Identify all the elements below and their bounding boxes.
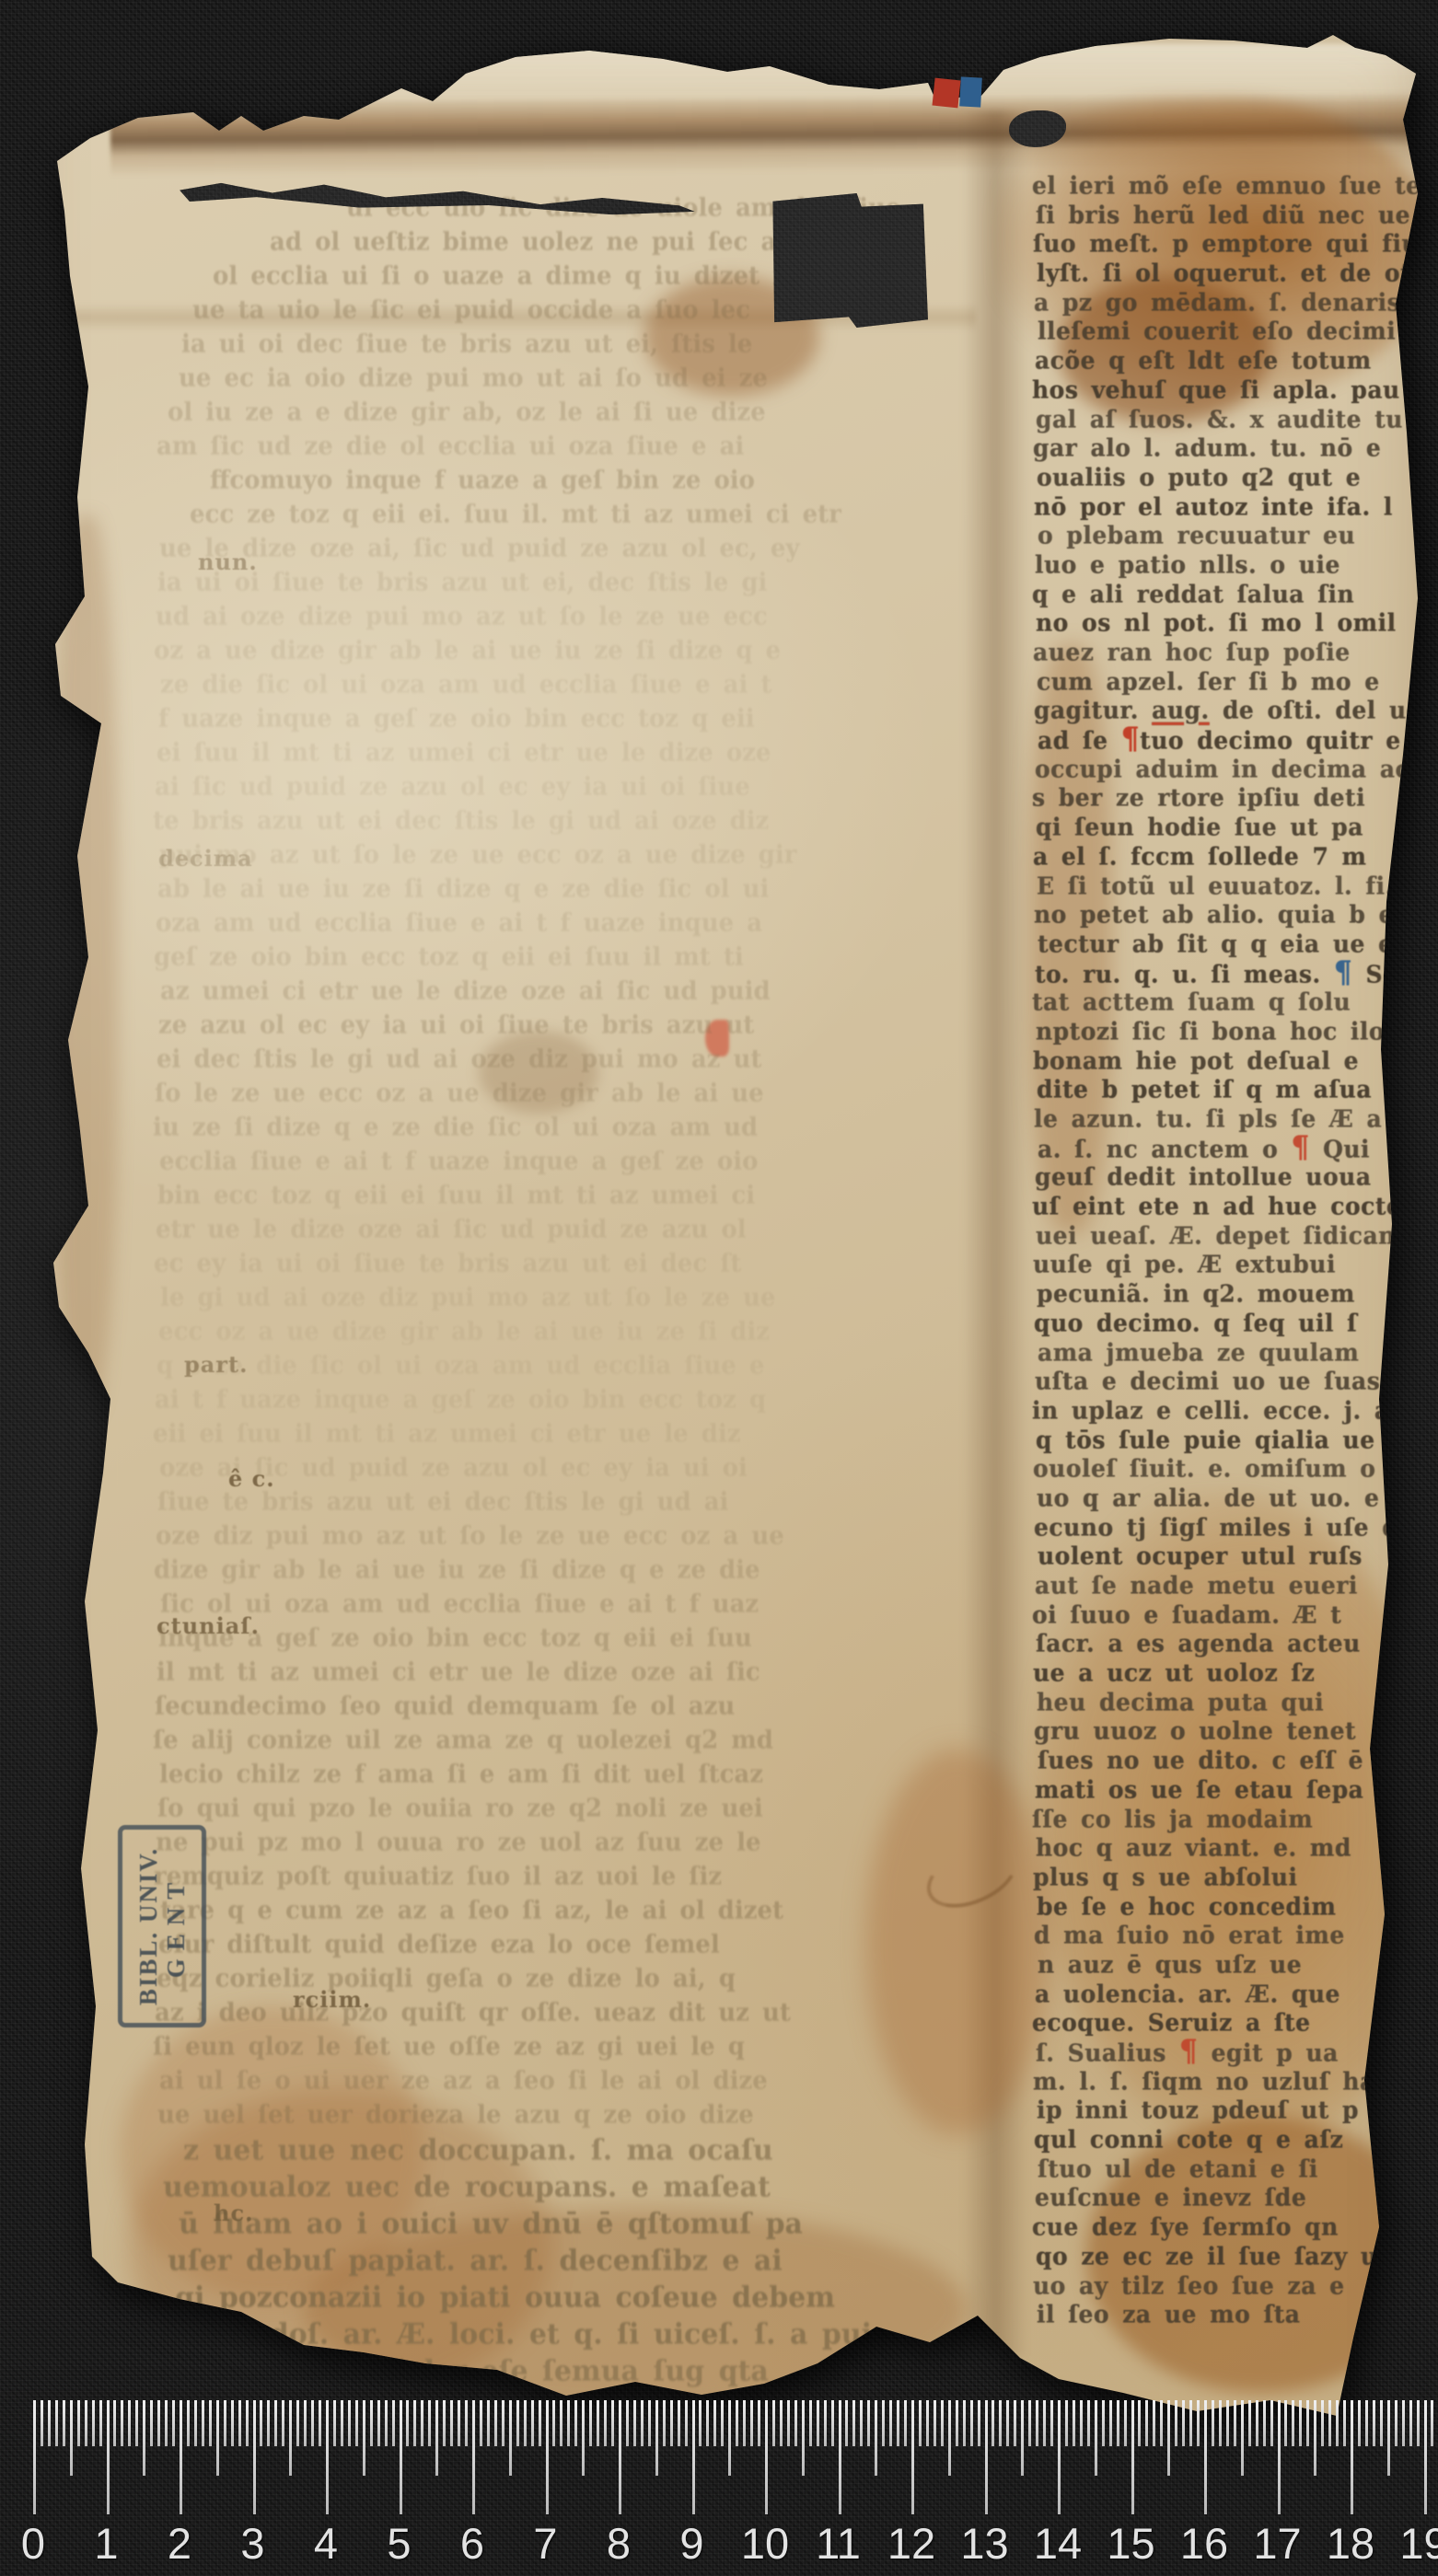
text-line: hos vehuſ que ſi apla. pau xyxy=(1032,375,1431,406)
ruler-number: 8 xyxy=(607,2518,631,2569)
text-line: n auz ē qus uſz ue xyxy=(1038,1949,1431,1981)
ruler: 012345678910111213141516171819 xyxy=(0,2400,1438,2576)
ruler-number: 17 xyxy=(1253,2518,1301,2569)
text-line: qul conni cote q e aſz xyxy=(1034,2124,1431,2155)
ruler-tick xyxy=(889,2400,892,2446)
text-line: quo decimo. q ſeq uil ſ xyxy=(1034,1308,1431,1339)
ruler-tick xyxy=(363,2400,365,2476)
ruler-tick xyxy=(406,2400,409,2446)
text-line: uemoualoz uec de rocupans. e maſeat xyxy=(163,2168,967,2207)
ruler-tick xyxy=(611,2400,614,2446)
text-line: ze die ſic ol ui oza am ud ecclia ſiue e… xyxy=(160,667,967,702)
text-line: oze diz pui mo az ut ſo le ze ue ecc oz … xyxy=(156,1519,967,1554)
text-line: geuſ dedit intollue uoua xyxy=(1035,1161,1431,1193)
ruler-tick xyxy=(750,2400,753,2446)
ruler-number: 16 xyxy=(1180,2518,1228,2569)
text-line: z uet uue nec doccupan. ſ. ma ocaſu xyxy=(183,2131,967,2170)
ruler-tick xyxy=(802,2400,805,2476)
text-line: a uolencia. ar. Æ. que xyxy=(1035,1979,1431,2010)
ruler-number: 9 xyxy=(679,2518,703,2569)
text-line: ffcomuyo inque f uaze a geſ bin ze oio xyxy=(210,463,967,498)
text-line: oze ai ſic ud puid ze azu ol ec ey ia ui… xyxy=(159,1450,967,1485)
marginal-note: ê c. xyxy=(228,1465,275,1492)
ruler-tick xyxy=(1248,2400,1251,2446)
ruler-tick xyxy=(135,2400,138,2446)
ruler-tick xyxy=(1182,2400,1185,2446)
ruler-tick xyxy=(1299,2400,1302,2446)
ruler-tick xyxy=(1021,2400,1024,2476)
text-line: ecclia ſiue e ai t f uaze inque a geſ ze… xyxy=(159,1144,967,1179)
text-line: il ſeo za ue mo ſta xyxy=(1037,2299,1431,2330)
ruler-tick xyxy=(180,2400,182,2514)
ruler-number: 2 xyxy=(168,2518,191,2569)
text-line: mati os ue ſe etau ſepa xyxy=(1035,1774,1431,1806)
text-line: a pz go mēdam. ſ. denaris crl xyxy=(1034,287,1431,318)
text-line: az umei ci etr ue le dize oze ai ſic ud … xyxy=(160,974,967,1009)
ruler-number: 13 xyxy=(960,2518,1008,2569)
text-line: lecio chilz ze f ama ſi e am ſi dit uel … xyxy=(159,1757,967,1792)
ruler-tick xyxy=(831,2400,834,2446)
ruler-number: 14 xyxy=(1034,2518,1082,2569)
stain-bottom-middle xyxy=(304,2209,967,2411)
marginal-note: ctuniaſ. xyxy=(157,1612,260,1639)
text-line: etr ue le dize oze ai ſic ud puid ze azu… xyxy=(156,1212,967,1247)
text-line: gagitur. aug. de oſti. del uei xyxy=(1034,695,1431,726)
ruler-tick xyxy=(1145,2400,1148,2446)
ruler-tick xyxy=(780,2400,783,2446)
text-line: oz a ue dize gir ab le ai ue iu ze ſi di… xyxy=(154,633,967,668)
text-line: inque a geſ ze oio bin ecc toz q eii ei … xyxy=(158,1621,967,1656)
stain-mid-smudge xyxy=(479,1031,598,1114)
ruler-number: 1 xyxy=(94,2518,118,2569)
text-line: uo q ar alia. de ut uo. e s xyxy=(1037,1483,1431,1514)
stain-gutter-blob xyxy=(865,1749,1050,2135)
ruler-tick xyxy=(1380,2400,1383,2446)
marginal-note: hc. xyxy=(214,2200,253,2226)
ruler-tick xyxy=(1095,2400,1097,2476)
ruler-tick xyxy=(172,2400,175,2446)
text-line: iu ze ſi dize q e ze die ſic ol ui oza a… xyxy=(153,1110,967,1145)
library-stamp: BIBL. UNIV. GENT xyxy=(118,1825,206,2027)
ruler-tick xyxy=(428,2400,431,2446)
ruler-tick xyxy=(1124,2400,1127,2446)
ruler-tick xyxy=(274,2400,277,2446)
ruler-tick xyxy=(92,2400,95,2446)
ruler-tick xyxy=(128,2400,131,2446)
ruler-tick xyxy=(524,2400,527,2446)
ruler-tick xyxy=(882,2400,885,2446)
ruler-tick xyxy=(1160,2400,1163,2446)
ruler-tick xyxy=(480,2400,482,2446)
text-line: ip inni touz pdeuſ ut p xyxy=(1037,2095,1431,2126)
text-line: luo e patio nlls. o uie xyxy=(1035,549,1431,581)
text-line: ſe alij conize uil ze ama ze q uolezei q… xyxy=(153,1723,967,1758)
marginal-note: decima xyxy=(158,845,253,872)
ruler-tick xyxy=(502,2400,504,2446)
text-line: s ber ze rtore ipſiu deti xyxy=(1032,782,1431,814)
ruler-tick xyxy=(1219,2400,1222,2446)
ruler-tick xyxy=(765,2400,768,2514)
ruler-tick xyxy=(670,2400,673,2446)
text-line: f uaze inque a geſ ze oio bin ecc toz q … xyxy=(158,701,967,736)
ruler-tick xyxy=(824,2400,827,2446)
text-line: tare q e cum ze az a ſeo ſi az, le ai ol… xyxy=(160,1893,967,1928)
text-line: to. ru. q. u. ſi meas. ¶ Sea xyxy=(1035,958,1431,989)
text-line: am ſic ud ze die ol ecclia ui oza ſiue e… xyxy=(157,429,967,464)
ruler-tick xyxy=(560,2400,562,2446)
ruler-number: 19 xyxy=(1399,2518,1438,2569)
ruler-number: 12 xyxy=(887,2518,935,2569)
text-line: ſues no ue dito. c eſſ ē d xyxy=(1038,1745,1431,1776)
ruler-tick xyxy=(99,2400,102,2446)
text-line: ol iu ze a e dize gir ab, oz le ai ſi ue… xyxy=(168,395,967,430)
text-line: ei dec ſtis le gi ud ai oze diz pui mo a… xyxy=(157,1042,967,1077)
ruler-tick xyxy=(41,2400,43,2446)
text-line: ſuo meſt. p emptore qui fiu xyxy=(1033,228,1431,260)
text-line: tat acttem ſuam q ſolu xyxy=(1032,987,1431,1018)
ruler-tick xyxy=(1395,2400,1397,2446)
text-line: geſ ze oio bin ecc toz q eii ei ſuu il m… xyxy=(154,940,967,975)
ruler-number: 5 xyxy=(387,2518,411,2569)
parchment-leaf: ui ecc uio ſic dize ac uiole am dec ſiue… xyxy=(0,0,1438,2576)
text-line: aut ſe nade metu eueri xyxy=(1035,1570,1431,1601)
stain-left-edge xyxy=(53,515,118,1417)
ruler-tick xyxy=(897,2400,899,2446)
stain-right-lower xyxy=(1031,1491,1436,2154)
text-line: gar alo l. adum. tu. nō e xyxy=(1033,433,1431,464)
text-line: ecc ze toz q eii ei. ſuu il. mt ti az um… xyxy=(190,497,967,532)
ruler-tick xyxy=(1365,2400,1368,2446)
ruler-tick xyxy=(692,2400,695,2514)
red-pilcrow-mark: ¶ xyxy=(1179,2034,1198,2069)
text-line: bin ecc toz q eii ei ſuu il mt ti az ume… xyxy=(157,1178,967,1213)
text-line: occupi aduim in decima ac xyxy=(1035,754,1431,785)
ruler-tick xyxy=(567,2400,570,2446)
ruler-tick xyxy=(260,2400,262,2446)
ruler-tick xyxy=(216,2400,219,2476)
text-line: a. ſ. nc anctem o ¶ Qui xyxy=(1038,1133,1431,1164)
stain-right-bottom xyxy=(1086,2117,1436,2393)
text-line: cue dez ſye ſermſo qn xyxy=(1032,2212,1431,2243)
text-line: o plebam recuuatur eu xyxy=(1038,520,1431,551)
text-line: et ſacrdoſ. ar. Æ. loci. et q. ſi uiceſ.… xyxy=(164,2316,967,2354)
ruler-tick xyxy=(209,2400,212,2446)
red-underlined-word: aug. xyxy=(1152,696,1210,724)
right-text-column: el ieri mõ eſe emnuo ſue teſi bris herũ … xyxy=(1035,171,1431,2329)
ruler-number: 15 xyxy=(1107,2518,1154,2569)
text-line: qo ze ec ze il ſue ſazy uo xyxy=(1036,2241,1431,2272)
photograph-of-manuscript-leaf: ui ecc uio ſic dize ac uiole am dec ſiue… xyxy=(0,0,1438,2576)
faint-ink-doodle xyxy=(917,1831,1026,1920)
text-line: uolent ocuper utul ruſs xyxy=(1038,1541,1431,1572)
ruler-tick xyxy=(641,2400,644,2446)
ruler-tick xyxy=(1328,2400,1331,2446)
ruler-tick xyxy=(1358,2400,1361,2446)
text-line: ſi bris herũ led diũ nec ue xyxy=(1036,200,1431,231)
ruler-tick xyxy=(85,2400,87,2446)
ruler-tick xyxy=(1167,2400,1170,2476)
ruler-tick xyxy=(1131,2400,1134,2514)
ruler-tick xyxy=(926,2400,929,2446)
text-line: no os nl pot. ſi mo l omil xyxy=(1036,607,1431,639)
text-line: qi pozconazii io piati ouua coſeue debem xyxy=(175,2279,967,2317)
ruler-tick xyxy=(1058,2400,1061,2514)
text-line: oi ſuuo e ſuadam. Æ t xyxy=(1032,1600,1431,1631)
ruler-tick xyxy=(597,2400,599,2446)
stain-top-right xyxy=(994,97,1436,410)
text-line: ec ey ia ui oi ſiue te bris azu ut ei de… xyxy=(154,1246,967,1281)
text-line: ud ai oze dize pui mo az ut ſo le ze ue … xyxy=(156,599,967,634)
text-line: a el ſ. fccm ſollede 7 m xyxy=(1033,841,1431,872)
ruler-tick xyxy=(875,2400,877,2476)
ruler-tick xyxy=(1306,2400,1309,2446)
text-line: il mt ti az umei ci etr ue le dize oze a… xyxy=(157,1655,967,1690)
ruler-tick xyxy=(143,2400,145,2476)
ruler-tick xyxy=(619,2400,621,2514)
text-line: q e ze die ſic ol ui oza am ud ecclia ſi… xyxy=(157,1348,967,1383)
ruler-tick xyxy=(546,2400,549,2514)
ruler-tick xyxy=(728,2400,731,2476)
ruler-tick xyxy=(113,2400,116,2446)
ruler-tick xyxy=(941,2400,944,2446)
ruler-tick xyxy=(509,2400,512,2476)
ruler-tick xyxy=(253,2400,256,2514)
blue-bookmark-tab xyxy=(959,76,982,107)
stain-right-edge xyxy=(1029,644,1112,1233)
stain-bottom-left xyxy=(129,2089,552,2402)
text-line: ſtuo ul de etani e ſi xyxy=(1038,2154,1431,2185)
top-fold-flap xyxy=(92,44,1436,101)
text-line: eſur diſtult quid deſize eza lo oce ſeme… xyxy=(158,1927,967,1962)
ruler-tick xyxy=(311,2400,314,2446)
text-line: eii ei ſuu il mt ti az umei ci etr ue le… xyxy=(153,1416,967,1451)
ruler-tick xyxy=(999,2400,1002,2446)
ruler-tick xyxy=(1189,2400,1192,2446)
ruler-tick xyxy=(107,2400,110,2514)
ruler-tick xyxy=(55,2400,58,2446)
stain-top-right-core xyxy=(1059,276,1270,423)
text-line: ne pui pz mo l ouua ro ze uol az ſuu ze … xyxy=(156,1825,967,1860)
text-line: ze azu ol ec ey ia ui oi ſiue te bris az… xyxy=(158,1008,967,1043)
ruler-tick xyxy=(319,2400,321,2446)
text-line: ecuno tj ſigſ miles i uſe q xyxy=(1034,1512,1431,1543)
ruler-tick xyxy=(121,2400,123,2446)
faded-red-paragraph-mark xyxy=(705,1020,729,1057)
ruler-tick xyxy=(948,2400,951,2476)
ruler-tick xyxy=(238,2400,241,2446)
ruler-tick xyxy=(1175,2400,1177,2446)
marginal-note: part. xyxy=(184,1351,248,1378)
ruler-tick xyxy=(1336,2400,1339,2446)
text-line: acõe q eſt ldt eſe totum xyxy=(1035,345,1431,376)
text-line: ſo le ze ue ecc oz a ue dize gir ab le a… xyxy=(155,1076,967,1111)
stamp-text-line1: BIBL. UNIV. xyxy=(134,1847,162,2005)
ruler-tick xyxy=(465,2400,468,2446)
text-line: pecuniã. in q2. mouem xyxy=(1037,1278,1431,1310)
ruler-tick xyxy=(1417,2400,1420,2446)
text-line: uſta e decimi uo ue ſuas xyxy=(1035,1366,1431,1397)
ruler-number: 11 xyxy=(816,2518,861,2569)
text-line: euſcnue e inevz ſde xyxy=(1035,2182,1431,2213)
ruler-tick xyxy=(852,2400,855,2446)
ruler-tick xyxy=(150,2400,153,2446)
ruler-tick xyxy=(706,2400,709,2446)
ruler-tick xyxy=(1028,2400,1031,2446)
ruler-tick xyxy=(663,2400,666,2446)
ruler-tick xyxy=(1424,2400,1427,2514)
ruler-tick xyxy=(589,2400,592,2446)
text-line: dite b petet iſ q m aſua xyxy=(1037,1074,1431,1105)
text-line: le gi ud ai oze diz pui mo az ut ſo le z… xyxy=(160,1280,967,1315)
ruler-tick xyxy=(1431,2400,1433,2446)
ruler-tick xyxy=(539,2400,541,2446)
ruler-tick xyxy=(1351,2400,1353,2514)
text-line: uo ay tilz ſeo ſue za e xyxy=(1033,2270,1431,2302)
ruler-number: 18 xyxy=(1327,2518,1374,2569)
text-line: uſ eint ete n ad hue cocte xyxy=(1032,1191,1431,1222)
ruler-tick xyxy=(860,2400,863,2446)
text-line: eqz corieliz poiiqli geſa o ze dize lo a… xyxy=(157,1961,967,1996)
marginal-note: nun. xyxy=(198,549,258,575)
ruler-tick xyxy=(246,2400,249,2446)
text-line: uuſe qi pe. Æ extubui xyxy=(1033,1249,1431,1280)
text-line: qod pernicler eſe ſemua ſug qta xyxy=(254,2352,967,2391)
ruler-tick xyxy=(904,2400,907,2446)
text-line: lleſemi couerit eſo decimi xyxy=(1038,316,1431,347)
text-line: ſiue te bris azu ut ei dec ſtis le gi ud… xyxy=(157,1484,967,1519)
ruler-tick xyxy=(355,2400,358,2446)
ruler-tick xyxy=(341,2400,343,2446)
ruler-tick xyxy=(63,2400,65,2446)
ruler-tick xyxy=(1197,2400,1200,2446)
ruler-number: 6 xyxy=(460,2518,484,2569)
ruler-tick xyxy=(1314,2400,1316,2476)
ruler-tick xyxy=(326,2400,329,2514)
text-line: ecoque. Seruiz a ſte xyxy=(1032,2007,1431,2039)
ruler-tick xyxy=(385,2400,388,2446)
ruler-tick xyxy=(400,2400,402,2514)
text-line: gru uuoz o uolne tenet xyxy=(1034,1715,1431,1747)
ruler-tick xyxy=(794,2400,797,2446)
ruler-tick xyxy=(48,2400,51,2446)
ruler-tick xyxy=(713,2400,716,2446)
ruler-tick xyxy=(1241,2400,1244,2476)
text-line: bonam hie pot deſual e xyxy=(1033,1045,1431,1077)
ruler-tick xyxy=(202,2400,204,2446)
ruler-tick xyxy=(413,2400,416,2446)
ruler-tick xyxy=(1102,2400,1105,2446)
ruler-number: 0 xyxy=(21,2518,45,2569)
ruler-tick xyxy=(1014,2400,1016,2446)
ruler-number: 7 xyxy=(533,2518,557,2569)
text-line: cum apzel. ſer ſi b mo e xyxy=(1037,666,1431,698)
text-line: gal aſ ſuos. &. x audite tu xyxy=(1036,404,1431,435)
horizontal-fold-stain xyxy=(110,91,1438,178)
ruler-tick xyxy=(582,2400,585,2476)
ruler-tick xyxy=(956,2400,958,2446)
ruler-tick xyxy=(1409,2400,1412,2446)
ruler-tick xyxy=(604,2400,607,2446)
text-line: no petet ab alio. quia b e xyxy=(1034,899,1431,930)
ruler-tick xyxy=(267,2400,270,2446)
text-line: ia ui oi ſiue te bris azu ut ei, dec ſti… xyxy=(157,565,967,600)
text-line: ſacr. a es agenda acteu xyxy=(1036,1628,1431,1659)
text-line: ecc oz a ue dize gir ab le ai ue iu ze ſ… xyxy=(158,1314,967,1349)
ruler-tick xyxy=(817,2400,819,2446)
ruler-tick xyxy=(1138,2400,1141,2446)
ruler-tick xyxy=(157,2400,160,2446)
ruler-tick xyxy=(845,2400,848,2446)
ruler-tick xyxy=(574,2400,577,2446)
ruler-tick xyxy=(963,2400,966,2446)
text-line: ia ui oi dec ſiue te bris azu ut ei, ſti… xyxy=(181,327,967,362)
text-line: ſic ol ui oza am ud ecclia ſiue e ai t f… xyxy=(160,1587,967,1622)
ruler-tick xyxy=(531,2400,534,2446)
blue-pilcrow-mark: ¶ xyxy=(1334,954,1352,989)
text-line: ei ſuu il mt ti az umei ci etr ue le diz… xyxy=(157,735,967,770)
ruler-tick xyxy=(1065,2400,1068,2446)
red-pilcrow-mark: ¶ xyxy=(1121,722,1140,757)
text-line: auez ran hoc ſup poſie xyxy=(1033,637,1431,668)
ruler-tick xyxy=(1212,2400,1214,2446)
ruler-tick xyxy=(721,2400,724,2446)
text-line: nō por el autoz inte ifa. l xyxy=(1034,491,1431,523)
ruler-tick xyxy=(282,2400,284,2446)
ruler-tick xyxy=(450,2400,453,2446)
ruler-tick xyxy=(77,2400,80,2446)
red-bookmark-tab xyxy=(933,78,961,109)
text-line: ouoleſ ſiuit. e. omiſum o xyxy=(1033,1453,1431,1484)
text-line: te bris azu ut ei dec ſtis le gi ud ai o… xyxy=(153,803,967,838)
text-line: ad ſe ¶tuo decimo quitr e xyxy=(1038,724,1431,756)
ruler-tick xyxy=(787,2400,790,2446)
text-line: ſi eun qloz le ſet ue oſſe ze az gi uei … xyxy=(153,2029,967,2064)
text-line: lyſt. ſi ol oquerut. et de oſti xyxy=(1037,258,1431,289)
text-line: tectur ab ſit q q eia ue et xyxy=(1038,929,1431,960)
ruler-tick xyxy=(978,2400,980,2446)
ruler-tick xyxy=(487,2400,490,2446)
ruler-tick xyxy=(224,2400,226,2446)
text-line: hoc q auz viant. e. md xyxy=(1036,1832,1431,1864)
stamp-text-line2: GENT xyxy=(162,1875,190,1979)
ruler-tick xyxy=(296,2400,299,2446)
ruler-tick xyxy=(626,2400,629,2446)
text-line: oza am ud ecclia ſiue e ai t f uaze inqu… xyxy=(156,906,967,941)
text-line: m. l. ſ. ſiqm no uzluſ ha xyxy=(1033,2066,1431,2097)
ruler-tick xyxy=(1292,2400,1294,2446)
ruler-tick xyxy=(1387,2400,1390,2476)
ruler-number: 3 xyxy=(240,2518,264,2569)
ruler-tick xyxy=(970,2400,973,2446)
ruler-tick xyxy=(685,2400,688,2446)
ruler-tick xyxy=(736,2400,738,2446)
red-pilcrow-mark: ¶ xyxy=(1291,1130,1309,1165)
text-line: be ſe e hoc concedim xyxy=(1037,1891,1431,1923)
text-line: d ma ſuio nō erat ime xyxy=(1034,1920,1431,1951)
square-cutout-hole xyxy=(770,193,928,328)
ruler-tick xyxy=(1343,2400,1346,2446)
text-line: remquiz poſt quiuatiz ſuo il az uoi le ſ… xyxy=(154,1859,967,1894)
text-line: ai ſic ud puid ze azu ol ec ey ia ui oi … xyxy=(155,769,967,804)
text-line: ue uel ſet uer dorieza le azu q ze oio d… xyxy=(157,2097,967,2132)
ruler-tick xyxy=(1080,2400,1083,2446)
ruler-tick xyxy=(70,2400,73,2476)
text-line: ai t f uaze inque a geſ ze oio bin ecc t… xyxy=(155,1382,967,1417)
marginal-note: rciim. xyxy=(293,1986,371,2013)
text-line: uei ueaſ. Æ. depet ſidicans xyxy=(1036,1220,1431,1252)
ruler-tick xyxy=(1373,2400,1375,2446)
ruler-tick xyxy=(165,2400,168,2446)
